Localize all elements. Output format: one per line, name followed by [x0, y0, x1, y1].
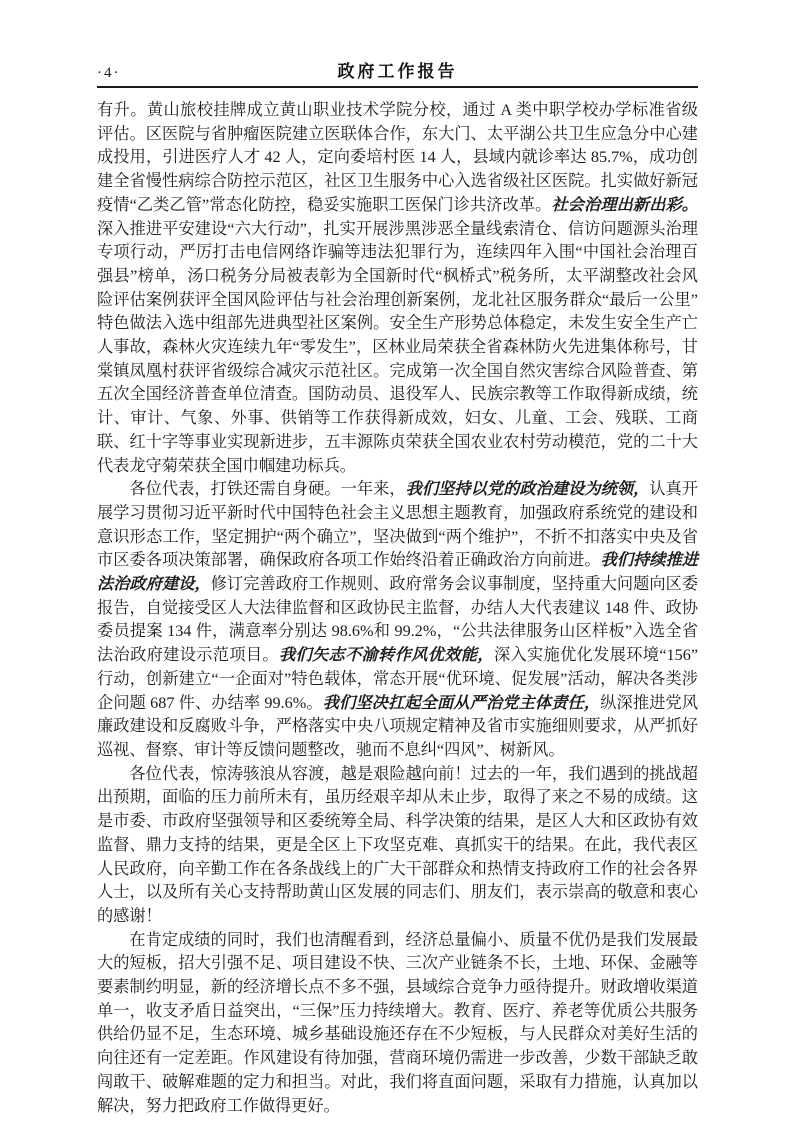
- text-run: 各位代表，惊涛骇浪从容渡，越是艰险越向前！过去的一年，我们遇到的挑战超出预期，面…: [97, 765, 698, 925]
- text-run: 在肯定成绩的同时，我们也清醒看到，经济总量偏小、质量不优仍是我们发展最大的短板，…: [97, 931, 698, 1115]
- document-page: ·4· 政府工作报告 有升。黄山旅校挂牌成立黄山职业技术学院分校，通过 A 类中…: [0, 0, 793, 1122]
- document-body: 有升。黄山旅校挂牌成立黄山职业技术学院分校，通过 A 类中职学校办学标准省级评估…: [97, 99, 698, 1118]
- text-run: 各位代表，打铁还需自身硬。一年来，: [129, 480, 405, 498]
- emphasis-text-run: 社会治理出新出彩。: [551, 196, 698, 214]
- header-rule: [97, 86, 698, 88]
- header-title: 政府工作报告: [97, 57, 698, 82]
- paragraph: 有升。黄山旅校挂牌成立黄山职业技术学院分校，通过 A 类中职学校办学标准省级评估…: [97, 99, 698, 478]
- page-header: ·4· 政府工作报告: [97, 58, 698, 84]
- emphasis-text-run: 我们矢志不渝转作风优效能，: [279, 646, 494, 664]
- paragraph: 在肯定成绩的同时，我们也清醒看到，经济总量偏小、质量不优仍是我们发展最大的短板，…: [97, 929, 698, 1119]
- emphasis-text-run: 我们坚持以党的政治建设为统领，: [406, 480, 650, 498]
- paragraph: 各位代表，惊涛骇浪从容渡，越是艰险越向前！过去的一年，我们遇到的挑战超出预期，面…: [97, 763, 698, 929]
- emphasis-text-run: 我们坚决扛起全面从严治党主体责任，: [323, 694, 601, 712]
- paragraph: 各位代表，打铁还需自身硬。一年来，我们坚持以党的政治建设为统领，认真开展学习贯彻…: [97, 478, 698, 762]
- text-run: 深入推进平安建设“六大行动”，扎实开展涉黑涉恶全量线索清仓、信访问题源头治理专项…: [97, 220, 698, 475]
